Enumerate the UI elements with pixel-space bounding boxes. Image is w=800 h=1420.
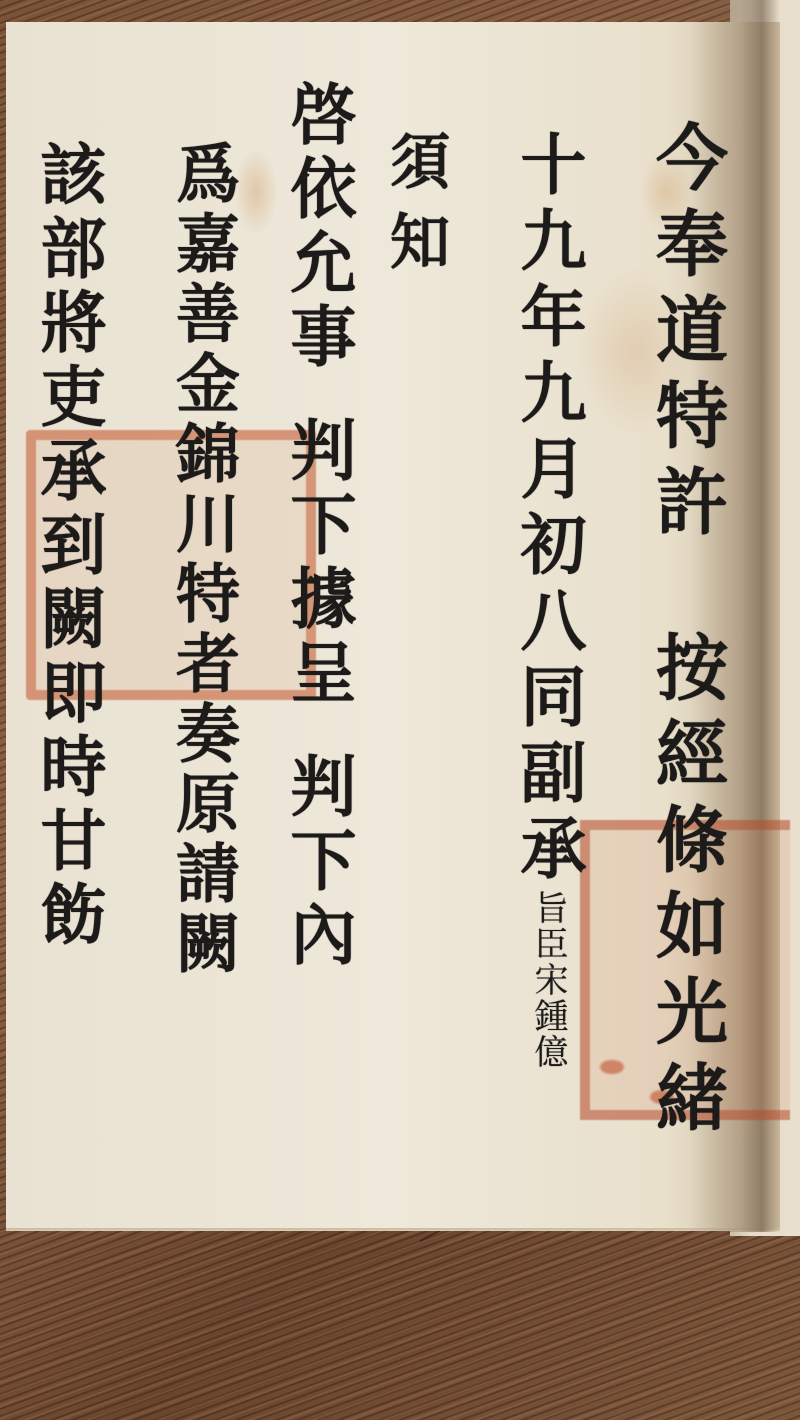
- column-2-segment-2: 同副承: [509, 662, 587, 890]
- column-4-segment-3: 判下內: [279, 752, 357, 974]
- text-column-3: 須知: [385, 130, 445, 290]
- signature-official-name: 旨臣宋鍾億: [528, 890, 568, 1070]
- column-6-segment-1: 該部將吏承到: [29, 140, 107, 584]
- column-1-segment-3: 光緒: [644, 974, 729, 1146]
- column-6-segment-2: 闕即時甘飭: [29, 584, 107, 954]
- text-column-4: 啓依允事判下據呈判下內: [285, 80, 351, 974]
- text-column-6: 該部將吏承到闕即時甘飭: [35, 140, 101, 954]
- text-column-5: 爲嘉善金錦川特者奏原請闕: [170, 140, 234, 980]
- seal-ink-spot: [600, 1060, 624, 1074]
- text-column-1: 今奉道特許按經條如光緒: [650, 120, 722, 1146]
- column-4-segment-1: 啓依允事: [279, 80, 357, 376]
- column-3-segment-1: 須知: [380, 130, 450, 290]
- text-column-2: 十九年九月初八同副承旨臣宋鍾億: [515, 130, 581, 1070]
- column-1-segment-1: 今奉道特許: [644, 120, 729, 550]
- column-5-segment-2: 特者奏原請闕: [165, 560, 240, 980]
- column-4-segment-2: 判下據呈: [279, 416, 357, 712]
- column-2-segment-1: 十九年九月初八: [509, 130, 587, 662]
- column-1-segment-2: 按經條如: [644, 630, 729, 974]
- column-5-segment-1: 爲嘉善金錦川: [165, 140, 240, 560]
